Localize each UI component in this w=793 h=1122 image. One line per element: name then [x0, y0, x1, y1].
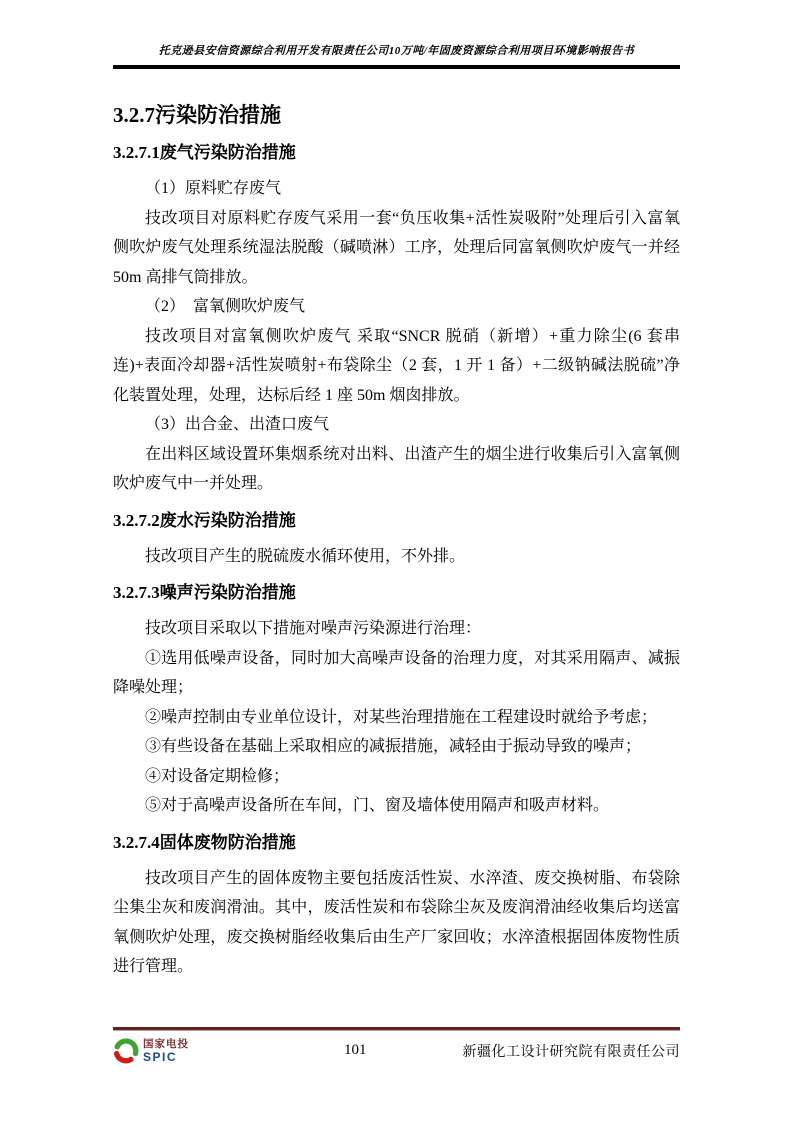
logo-text-en: SPIC: [143, 1051, 189, 1063]
para-noise-measure-2: ②噪声控制由专业单位设计，对某些治理措施在工程建设时就给予考虑；: [113, 703, 680, 733]
footer-rule: [113, 1027, 680, 1031]
spic-logo-text: 国家电投 SPIC: [143, 1039, 189, 1064]
para-furnace-gas: 技改项目对富氧侧吹炉废气 采取“SNCR 脱硝（新增）+重力除尘(6 套串连)+…: [113, 322, 680, 411]
para-solid-waste: 技改项目产生的固体废物主要包括废活性炭、水淬渣、废交换树脂、布袋除尘集尘灰和废润…: [113, 864, 680, 982]
heading-3-2-7-1: 3.2.7.1废气污染防治措施: [113, 141, 680, 165]
list-item-tapping-gas: （3）出合金、出渣口废气: [113, 410, 680, 440]
para-tapping-gas: 在出料区域设置环集烟系统对出料、出渣产生的烟尘进行收集后引入富氧侧吹炉废气中一并…: [113, 440, 680, 499]
heading-3-2-7-4: 3.2.7.4固体废物防治措施: [113, 831, 680, 855]
footer-row: 国家电投 SPIC 101 新疆化工设计研究院有限责任公司: [113, 1036, 680, 1070]
para-noise-intro: 技改项目采取以下措施对噪声污染源进行治理：: [113, 614, 680, 644]
footer-company-name: 新疆化工设计研究院有限责任公司: [463, 1041, 681, 1061]
para-wastewater: 技改项目产生的脱硫废水循环使用，不外排。: [113, 542, 680, 572]
heading-3-2-7: 3.2.7污染防治措施: [113, 102, 680, 129]
heading-3-2-7-2: 3.2.7.2废水污染防治措施: [113, 509, 680, 533]
heading-3-2-7-3: 3.2.7.3噪声污染防治措施: [113, 581, 680, 605]
report-page: 托克逊县安信资源综合利用开发有限责任公司10万吨/年固废资源综合利用项目环境影响…: [0, 0, 793, 1122]
header-rule: [113, 65, 680, 69]
page-number: 101: [344, 1042, 367, 1059]
spic-logo: 国家电投 SPIC: [113, 1038, 189, 1064]
para-raw-material-gas: 技改项目对原料贮存废气采用一套“负压收集+活性炭吸附”处理后引入富氧侧吹炉废气处…: [113, 204, 680, 293]
list-item-raw-material-gas: （1）原料贮存废气: [113, 174, 680, 204]
para-noise-measure-3: ③有些设备在基础上采取相应的减振措施，减轻由于振动导致的噪声；: [113, 732, 680, 762]
para-noise-measure-5: ⑤对于高噪声设备所在车间，门、窗及墙体使用隔声和吸声材料。: [113, 791, 680, 821]
para-noise-measure-4: ④对设备定期检修；: [113, 762, 680, 792]
page-header: 托克逊县安信资源综合利用开发有限责任公司10万吨/年固废资源综合利用项目环境影响…: [113, 42, 680, 69]
page-footer: 国家电投 SPIC 101 新疆化工设计研究院有限责任公司: [113, 1027, 680, 1070]
report-title: 托克逊县安信资源综合利用开发有限责任公司10万吨/年固废资源综合利用项目环境影响…: [113, 42, 680, 58]
list-item-furnace-gas: （2） 富氧侧吹炉废气: [113, 292, 680, 322]
para-noise-measure-1: ①选用低噪声设备，同时加大高噪声设备的治理力度，对其采用隔声、减振降噪处理；: [113, 644, 680, 703]
spic-logo-icon: [113, 1038, 139, 1064]
document-content: 3.2.7污染防治措施 3.2.7.1废气污染防治措施 （1）原料贮存废气 技改…: [113, 102, 680, 982]
logo-text-cn: 国家电投: [143, 1039, 189, 1050]
